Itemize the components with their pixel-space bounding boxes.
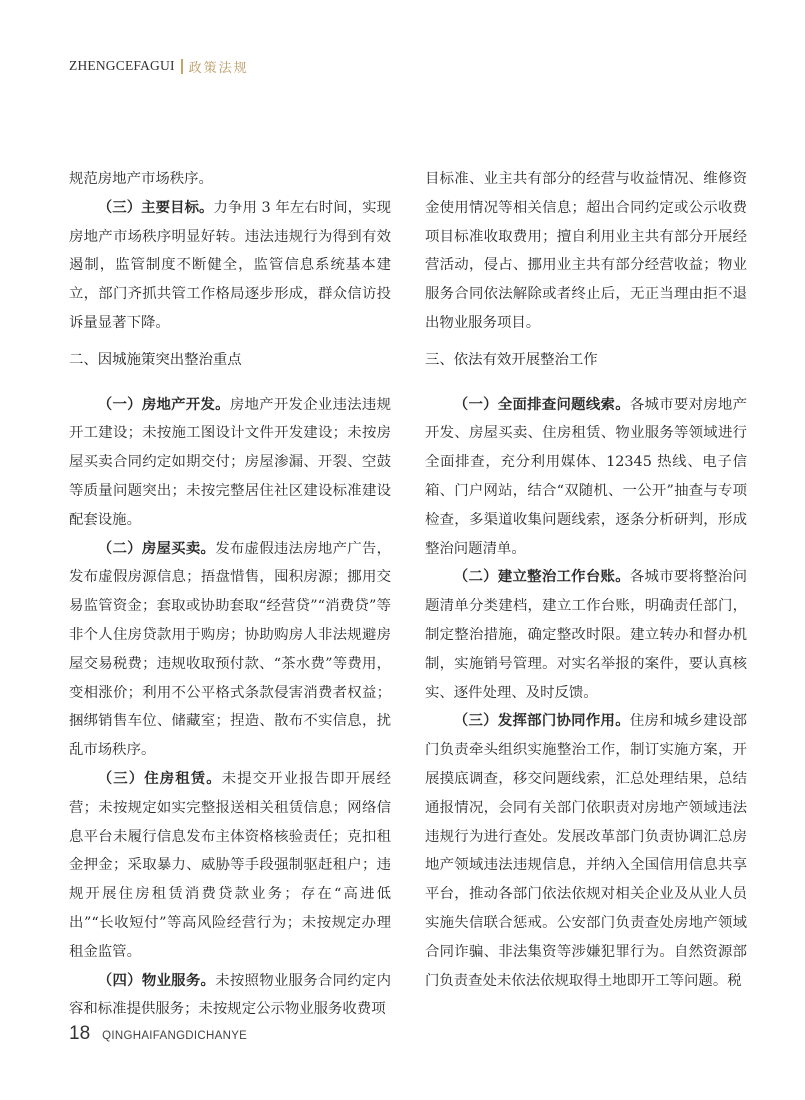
page-number: 18 xyxy=(69,1023,90,1045)
running-header: ZHENGCEFAGUI 政策法规 xyxy=(69,56,249,76)
paragraph-text: 未提交开业报告即开展经营；未按规定如实完整报送相关租赁信息；网络信息平台未履行信… xyxy=(69,771,391,960)
paragraph: 目标准、业主共有部分的经营与收益情况、维修资金使用情况等相关信息；超出合同约定或… xyxy=(425,165,747,338)
paragraph-lead: （三）发挥部门协同作用。 xyxy=(454,713,630,729)
paragraph-main-goal: （三）主要目标。力争用 3 年左右时间，实现房地产市场秩序明显好转。违法违规行为… xyxy=(69,194,391,338)
paragraph: 规范房地产市场秩序。 xyxy=(69,165,391,194)
paragraph-text: 住房和城乡建设部门负责牵头组织实施整治工作，制订实施方案，开展摸底调查，移交问题… xyxy=(425,713,747,988)
section-name-cn: 政策法规 xyxy=(189,57,249,76)
paragraph-text: 力争用 3 年左右时间，实现房地产市场秩序明显好转。违法违规行为得到有效遏制，监… xyxy=(69,200,391,331)
paragraph-lead: （三）主要目标。 xyxy=(98,200,214,216)
paragraph-sales: （二）房屋买卖。发布虚假违法房地产广告，发布虚假房源信息；捂盘惜售，囤积房源；挪… xyxy=(69,535,391,765)
paragraph-text: 房地产开发企业违法违规开工建设；未按施工图设计文件开发建设；未按房屋买卖合同约定… xyxy=(69,397,391,528)
paragraph-lead: （三）住房租赁。 xyxy=(98,771,222,787)
paragraph-development: （一）房地产开发。房地产开发企业违法违规开工建设；未按施工图设计文件开发建设；未… xyxy=(69,391,391,535)
header-divider xyxy=(181,59,183,74)
paragraph-text: 各城市要将整治问题清单分类建档，建立工作台账，明确责任部门，制定整治措施，确定整… xyxy=(425,569,747,700)
paragraph-lead: （一）房地产开发。 xyxy=(98,397,230,413)
paragraph-investigation: （一）全面排查问题线索。各城市要对房地产开发、房屋买卖、住房租赁、物业服务等领域… xyxy=(425,391,747,564)
right-column: 目标准、业主共有部分的经营与收益情况、维修资金使用情况等相关信息；超出合同约定或… xyxy=(425,165,747,995)
page-footer: 18 QINGHAIFANGDICHANYE xyxy=(69,1023,247,1045)
paragraph-text: 各城市要对房地产开发、房屋买卖、住房租赁、物业服务等领域进行全面排查，充分利用媒… xyxy=(425,397,747,557)
paragraph-ledger: （二）建立整治工作台账。各城市要将整治问题清单分类建档，建立工作台账，明确责任部… xyxy=(425,563,747,707)
paragraph-property-service: （四）物业服务。未按照物业服务合同约定内容和标准提供服务；未按规定公示物业服务收… xyxy=(69,967,391,1025)
paragraph-lead: （一）全面排查问题线索。 xyxy=(454,397,630,413)
paragraph-rental: （三）住房租赁。未提交开业报告即开展经营；未按规定如实完整报送相关租赁信息；网络… xyxy=(69,765,391,967)
paragraph-coordination: （三）发挥部门协同作用。住房和城乡建设部门负责牵头组织实施整治工作，制订实施方案… xyxy=(425,707,747,995)
paragraph-lead: （二）建立整治工作台账。 xyxy=(454,569,630,585)
section-heading-2: 二、因城施策突出整治重点 xyxy=(69,346,391,375)
magazine-name: QINGHAIFANGDICHANYE xyxy=(102,1030,247,1042)
paragraph-lead: （四）物业服务。 xyxy=(98,973,215,989)
section-name-en: ZHENGCEFAGUI xyxy=(69,58,175,74)
paragraph-text: 发布虚假违法房地产广告，发布虚假房源信息；捂盘惜售，囤积房源；挪用交易监管资金；… xyxy=(69,541,391,759)
left-column: 规范房地产市场秩序。 （三）主要目标。力争用 3 年左右时间，实现房地产市场秩序… xyxy=(69,165,391,1024)
paragraph-lead: （二）房屋买卖。 xyxy=(98,541,215,557)
section-heading-3: 三、依法有效开展整治工作 xyxy=(425,346,747,375)
